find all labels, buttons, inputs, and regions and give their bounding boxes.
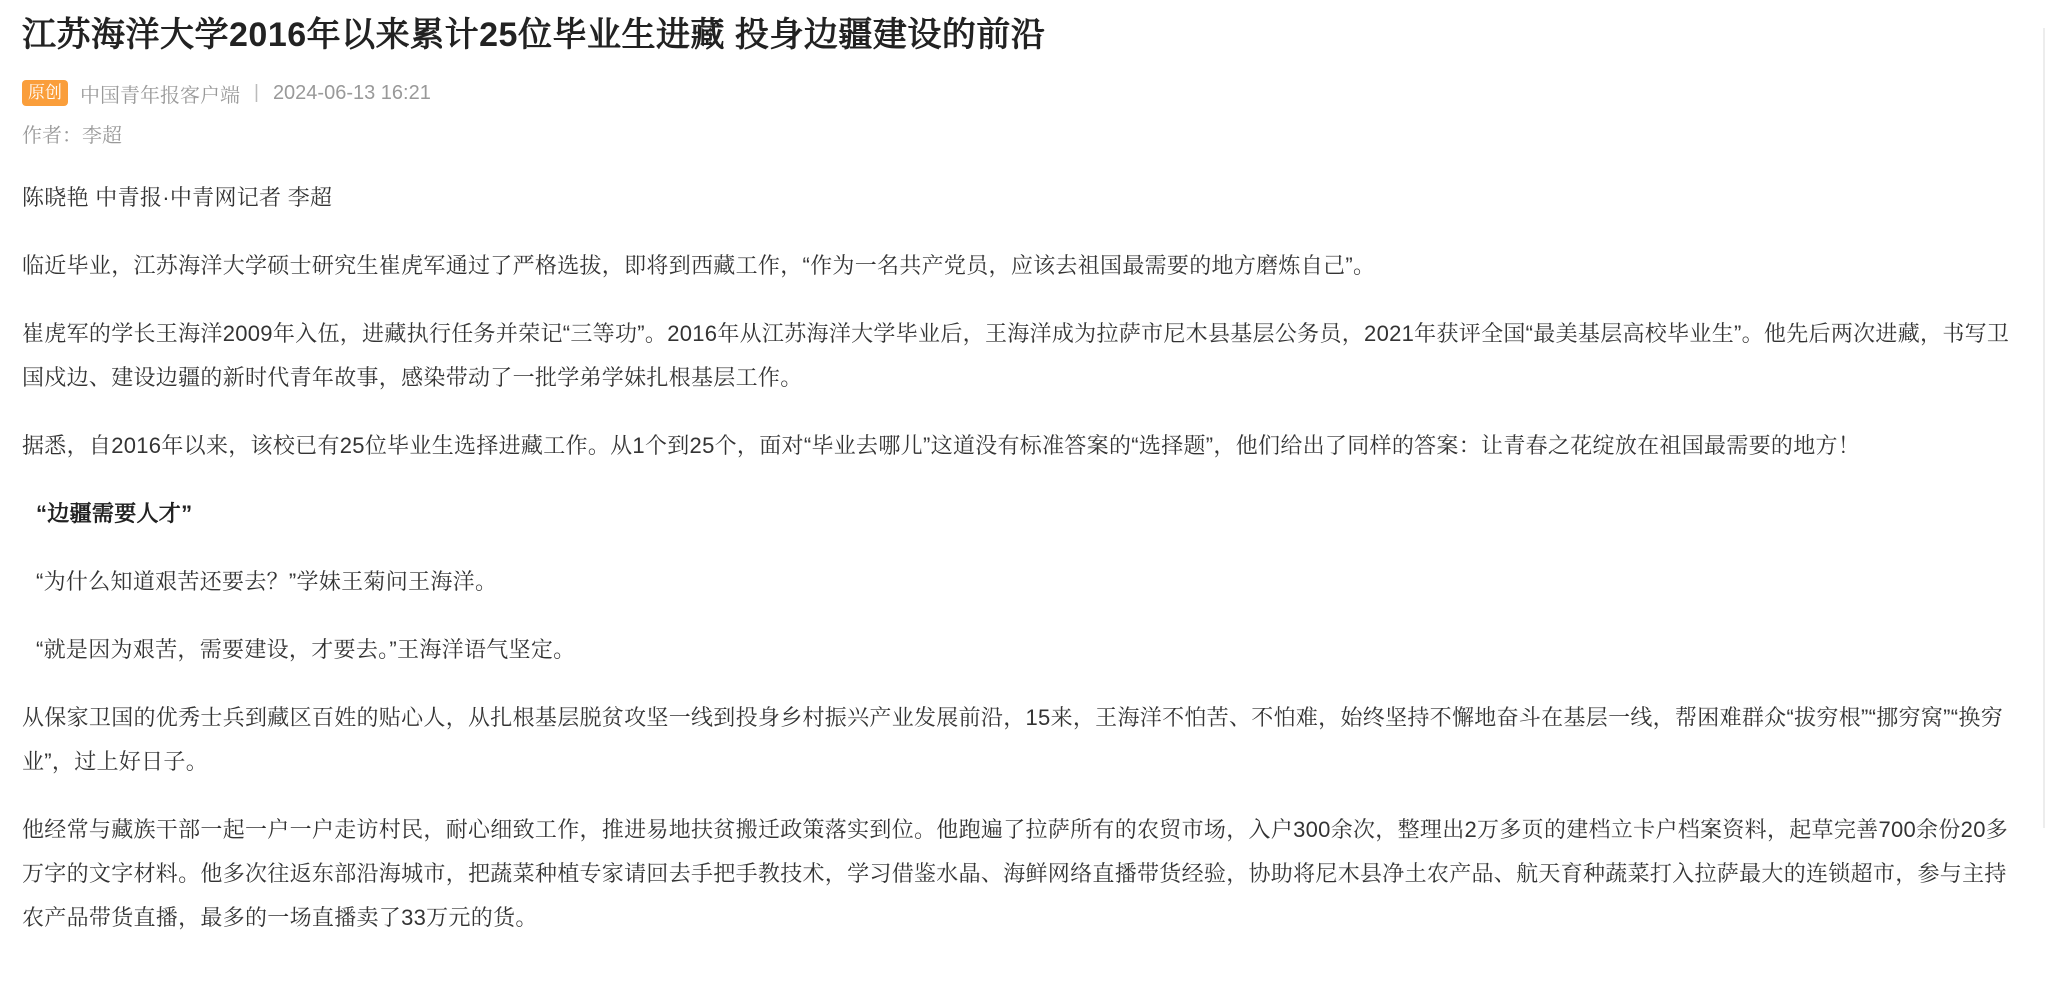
article-page: 江苏海洋大学2016年以来累计25位毕业生进藏 投身边疆建设的前沿 原创 中国青… bbox=[0, 0, 2048, 982]
paragraph: 据悉，自2016年以来，该校已有25位毕业生选择进藏工作。从1个到25个，面对“… bbox=[22, 424, 2028, 468]
article-meta: 原创 中国青年报客户端 | 2024-06-13 16:21 bbox=[22, 79, 2028, 108]
original-badge: 原创 bbox=[22, 80, 68, 106]
article-body: 陈晓艳 中青报·中青网记者 李超 临近毕业，江苏海洋大学硕士研究生崔虎军通过了严… bbox=[22, 176, 2028, 940]
paragraph: 从保家卫国的优秀士兵到藏区百姓的贴心人，从扎根基层脱贫攻坚一线到投身乡村振兴产业… bbox=[22, 696, 2028, 784]
paragraph: 崔虎军的学长王海洋2009年入伍，进藏执行任务并荣记“三等功”。2016年从江苏… bbox=[22, 312, 2028, 400]
article-title: 江苏海洋大学2016年以来累计25位毕业生进藏 投身边疆建设的前沿 bbox=[22, 14, 2028, 57]
paragraph-quote: “就是因为艰苦，需要建设，才要去。”王海洋语气坚定。 bbox=[22, 628, 2028, 672]
scrollbar-track[interactable] bbox=[2043, 28, 2045, 828]
paragraph-quote: “为什么知道艰苦还要去？”学妹王菊问王海洋。 bbox=[22, 560, 2028, 604]
meta-separator: | bbox=[252, 82, 261, 104]
author-line: 作者：李超 bbox=[22, 119, 2028, 148]
paragraph-byline: 陈晓艳 中青报·中青网记者 李超 bbox=[22, 176, 2028, 220]
source-name[interactable]: 中国青年报客户端 bbox=[80, 79, 240, 108]
section-subheading: “边疆需要人才” bbox=[22, 492, 2028, 536]
paragraph: 他经常与藏族干部一起一户一户走访村民，耐心细致工作，推进易地扶贫搬迁政策落实到位… bbox=[22, 808, 2028, 940]
paragraph: 临近毕业，江苏海洋大学硕士研究生崔虎军通过了严格选拔，即将到西藏工作，“作为一名… bbox=[22, 244, 2028, 288]
publish-datetime: 2024-06-13 16:21 bbox=[273, 82, 431, 105]
